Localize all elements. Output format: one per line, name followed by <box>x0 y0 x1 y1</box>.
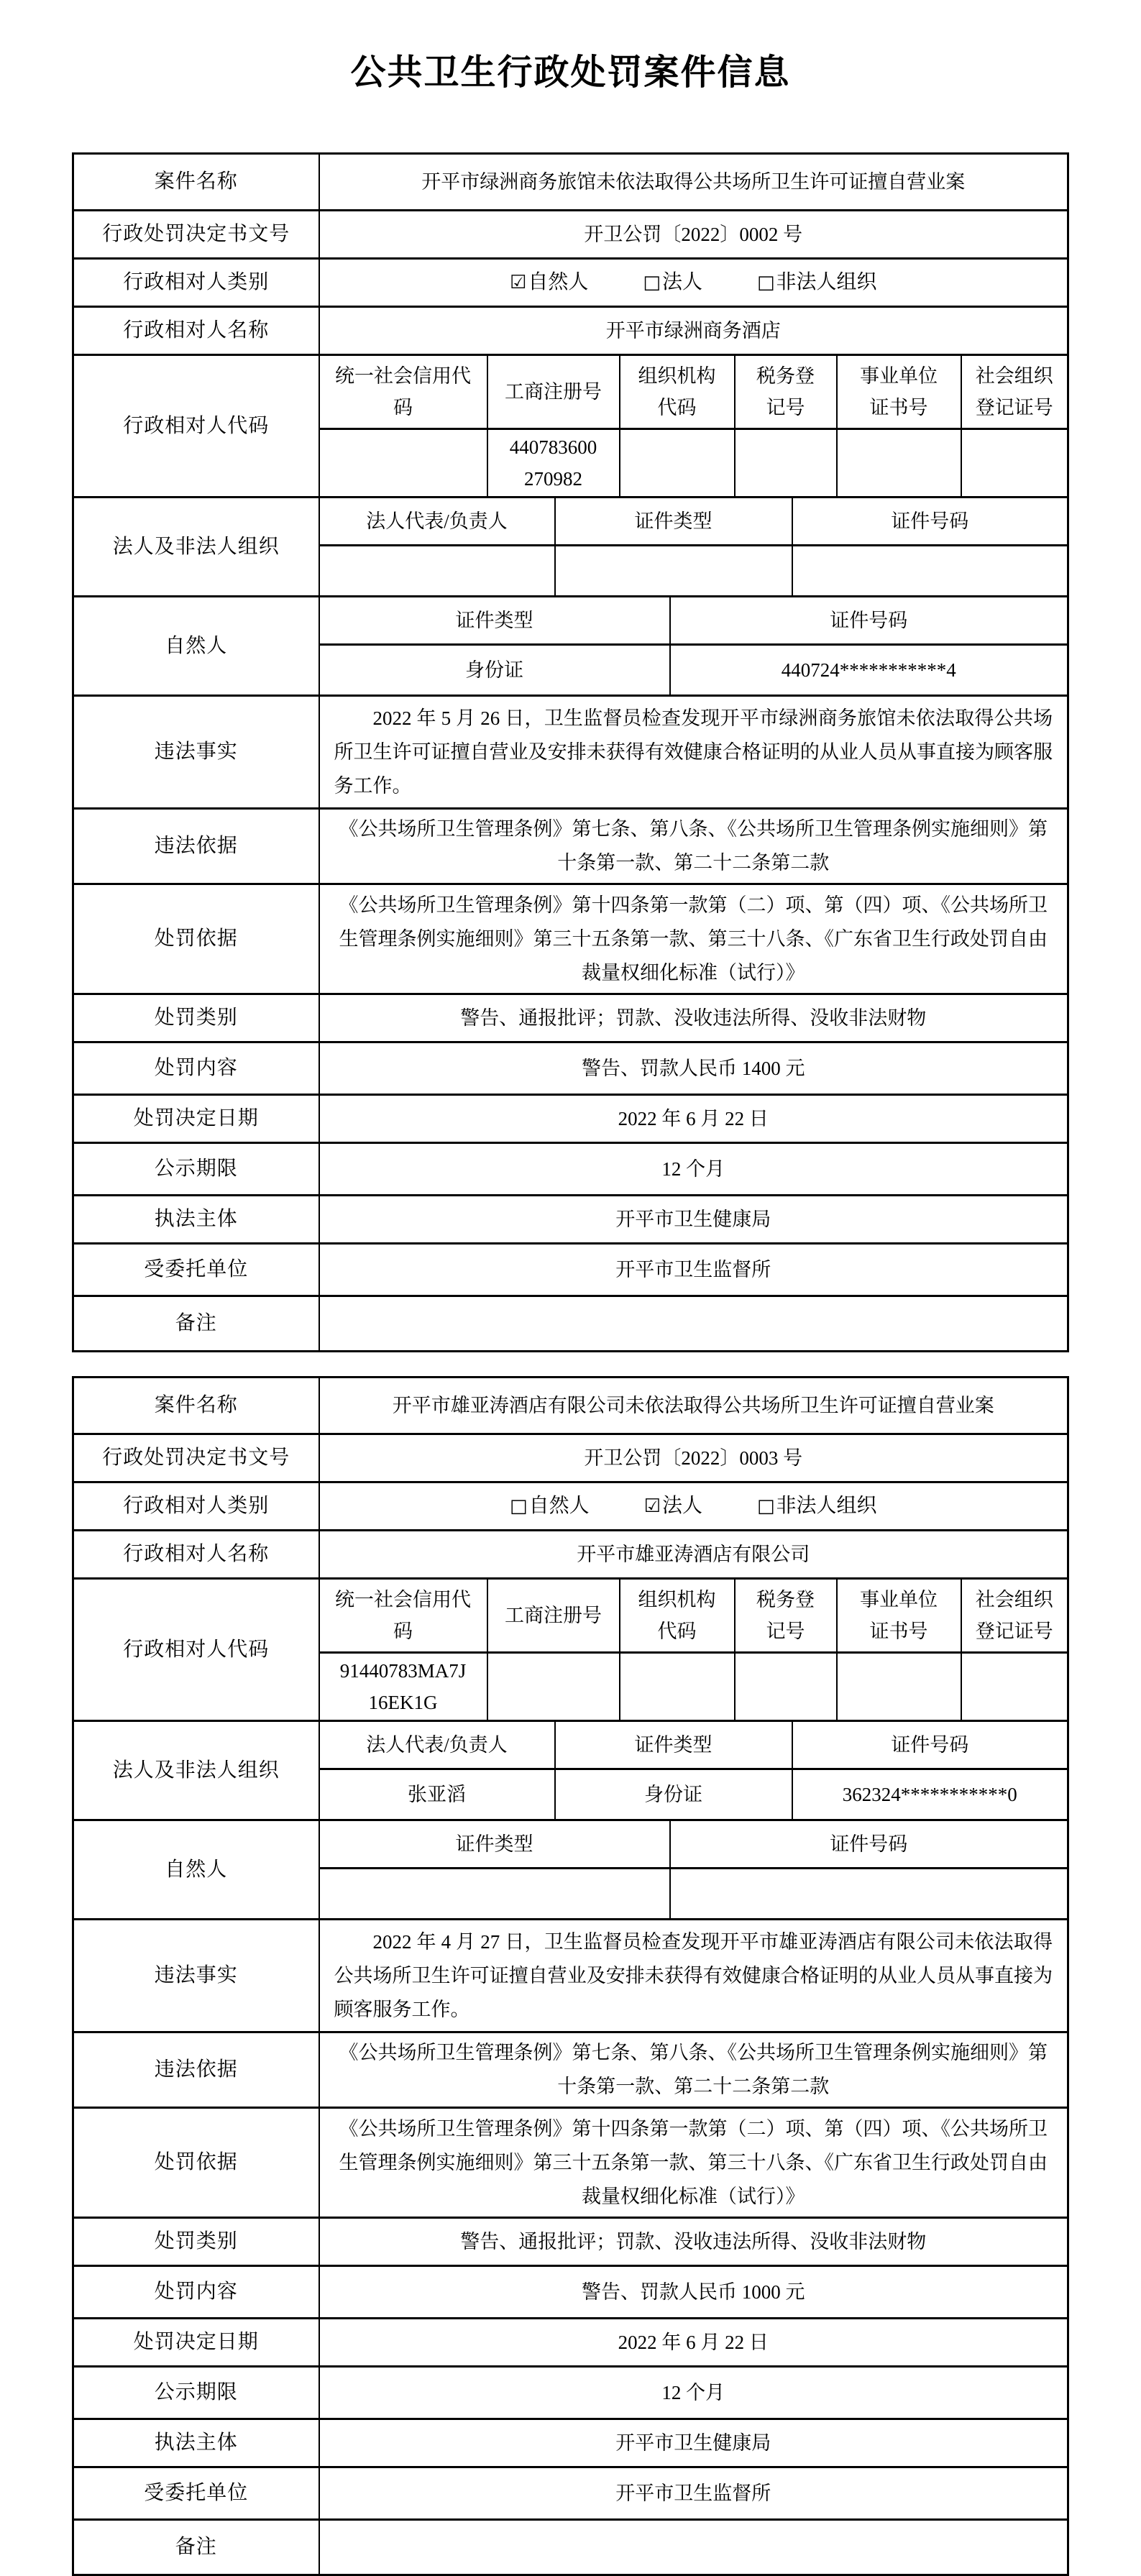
code-header-tax: 税务登 记号 <box>735 355 837 429</box>
checkbox-icon: □ <box>757 1495 775 1517</box>
checkbox-legal-person: □法人 <box>643 267 702 298</box>
legal-rep-header: 法人代表/负责人 <box>319 1721 555 1769</box>
row-label-party-code: 行政相对人代码 <box>73 1579 319 1721</box>
checkbox-label: 法人 <box>662 1495 702 1517</box>
row-label-remarks: 备注 <box>73 1296 319 1352</box>
row-label-legal-org: 法人及非法人组织 <box>73 498 319 597</box>
penalty-basis-value: 《公共场所卫生管理条例》第十四条第一款第（二）项、第（四）项、《公共场所卫生管理… <box>319 2108 1068 2218</box>
row-label-publicity-period: 公示期限 <box>73 2367 319 2419</box>
legal-cert-type-value: 身份证 <box>555 1769 792 1820</box>
party-name-value: 开平市绿洲商务酒店 <box>319 307 1068 355</box>
legal-rep-value <box>319 546 555 597</box>
checkbox-icon: □ <box>757 272 775 293</box>
cert-no-header: 证件号码 <box>670 1820 1068 1869</box>
row-label-remarks: 备注 <box>73 2520 319 2575</box>
penalty-basis-value: 《公共场所卫生管理条例》第十四条第一款第（二）项、第（四）项、《公共场所卫生管理… <box>319 884 1068 994</box>
checkbox-icon: □ <box>510 1495 528 1517</box>
checkbox-label: 法人 <box>662 271 702 293</box>
checkbox-unincorporated-org: □非法人组织 <box>757 1490 877 1522</box>
penalty-content-value: 警告、罚款人民币 1400 元 <box>319 1042 1068 1095</box>
natural-cert-no-value <box>670 1869 1068 1920</box>
violation-basis-value: 《公共场所卫生管理条例》第七条、第八条、《公共场所卫生管理条例实施细则》第十条第… <box>319 2032 1068 2108</box>
row-label-publicity-period: 公示期限 <box>73 1143 319 1196</box>
row-label-penalty-basis: 处罚依据 <box>73 2108 319 2218</box>
code-value-org <box>620 429 735 498</box>
natural-cert-no-value: 440724***********4 <box>670 645 1068 696</box>
cert-type-header: 证件类型 <box>555 1721 792 1769</box>
decision-no-value: 开卫公罚〔2022〕0003 号 <box>319 1434 1068 1482</box>
code-value-institution <box>837 1653 961 1721</box>
code-header-tax: 税务登 记号 <box>735 1579 837 1653</box>
cert-type-header: 证件类型 <box>555 498 792 546</box>
row-label-case-name: 案件名称 <box>73 154 319 211</box>
code-value-social <box>961 429 1068 498</box>
penalty-category-value: 警告、通报批评；罚款、没收违法所得、没收非法财物 <box>319 2218 1068 2266</box>
row-label-party-type: 行政相对人类别 <box>73 1482 319 1531</box>
facts-value: 2022 年 5 月 26 日，卫生监督员检查发现开平市绿洲商务旅馆未依法取得公… <box>319 696 1068 809</box>
code-header-org: 组织机构 代码 <box>620 1579 735 1653</box>
cert-no-header: 证件号码 <box>792 498 1068 546</box>
row-label-penalty-content: 处罚内容 <box>73 2266 319 2319</box>
remarks-value <box>319 1296 1068 1352</box>
party-type-value: ☑自然人 □法人 □非法人组织 <box>319 259 1068 307</box>
code-header-business: 工商注册号 <box>487 355 620 429</box>
row-label-natural-person: 自然人 <box>73 1820 319 1920</box>
checkbox-unincorporated-org: □非法人组织 <box>757 267 877 298</box>
legal-rep-value: 张亚滔 <box>319 1769 555 1820</box>
cert-type-header: 证件类型 <box>319 1820 670 1869</box>
checkbox-icon: □ <box>643 272 661 293</box>
case-table-2: 案件名称 开平市雄亚涛酒店有限公司未依法取得公共场所卫生许可证擅自营业案 行政处… <box>72 1376 1069 2576</box>
page-title: 公共卫生行政处罚案件信息 <box>0 45 1141 95</box>
cert-no-header: 证件号码 <box>670 597 1068 645</box>
code-value-business <box>487 1653 620 1721</box>
legal-rep-header: 法人代表/负责人 <box>319 498 555 546</box>
code-value-org <box>620 1653 735 1721</box>
case-name-value: 开平市雄亚涛酒店有限公司未依法取得公共场所卫生许可证擅自营业案 <box>319 1378 1068 1434</box>
code-header-social: 社会组织 登记证号 <box>961 355 1068 429</box>
code-value-credit <box>319 429 487 498</box>
checkbox-label: 非法人组织 <box>776 271 877 293</box>
checkbox-label: 自然人 <box>528 271 588 293</box>
row-label-violation-basis: 违法依据 <box>73 2032 319 2108</box>
code-header-institution: 事业单位 证书号 <box>837 355 961 429</box>
row-label-facts: 违法事实 <box>73 696 319 809</box>
penalty-content-value: 警告、罚款人民币 1000 元 <box>319 2266 1068 2319</box>
checkbox-natural-person: □自然人 <box>510 1490 590 1522</box>
legal-cert-type-value <box>555 546 792 597</box>
code-header-org: 组织机构 代码 <box>620 355 735 429</box>
violation-basis-value: 《公共场所卫生管理条例》第七条、第八条、《公共场所卫生管理条例实施细则》第十条第… <box>319 809 1068 884</box>
decision-date-value: 2022 年 6 月 22 日 <box>319 2319 1068 2367</box>
row-label-decision-no: 行政处罚决定书文号 <box>73 211 319 259</box>
party-type-options: □自然人 ☑法人 □非法人组织 <box>326 1490 1062 1522</box>
legal-cert-no-value: 362324***********0 <box>792 1769 1068 1820</box>
code-header-business: 工商注册号 <box>487 1579 620 1653</box>
party-type-options: ☑自然人 □法人 □非法人组织 <box>326 267 1062 298</box>
row-label-decision-date: 处罚决定日期 <box>73 2319 319 2367</box>
cert-type-header: 证件类型 <box>319 597 670 645</box>
code-value-institution <box>837 429 961 498</box>
row-label-legal-org: 法人及非法人组织 <box>73 1721 319 1820</box>
row-label-penalty-basis: 处罚依据 <box>73 884 319 994</box>
row-label-case-name: 案件名称 <box>73 1378 319 1434</box>
enforcement-body-value: 开平市卫生健康局 <box>319 2419 1068 2467</box>
publicity-period-value: 12 个月 <box>319 1143 1068 1196</box>
row-label-party-name: 行政相对人名称 <box>73 307 319 355</box>
code-value-credit: 91440783MA7J 16EK1G <box>319 1653 487 1721</box>
code-value-tax <box>735 1653 837 1721</box>
case-table-1: 案件名称 开平市绿洲商务旅馆未依法取得公共场所卫生许可证擅自营业案 行政处罚决定… <box>72 152 1069 1352</box>
row-label-party-type: 行政相对人类别 <box>73 259 319 307</box>
party-type-value: □自然人 ☑法人 □非法人组织 <box>319 1482 1068 1531</box>
remarks-value <box>319 2520 1068 2575</box>
party-name-value: 开平市雄亚涛酒店有限公司 <box>319 1531 1068 1579</box>
row-label-party-code: 行政相对人代码 <box>73 355 319 498</box>
checkbox-icon: ☑ <box>510 272 526 293</box>
penalty-category-value: 警告、通报批评；罚款、没收违法所得、没收非法财物 <box>319 994 1068 1042</box>
row-label-enforcement-body: 执法主体 <box>73 1196 319 1244</box>
facts-value: 2022 年 4 月 27 日，卫生监督员检查发现开平市雄亚涛酒店有限公司未依法… <box>319 1920 1068 2032</box>
row-label-natural-person: 自然人 <box>73 597 319 696</box>
checkbox-label: 自然人 <box>529 1495 590 1517</box>
row-label-party-name: 行政相对人名称 <box>73 1531 319 1579</box>
facts-paragraph: 2022 年 5 月 26 日，卫生监督员检查发现开平市绿洲商务旅馆未依法取得公… <box>334 702 1053 803</box>
row-label-decision-no: 行政处罚决定书文号 <box>73 1434 319 1482</box>
row-label-facts: 违法事实 <box>73 1920 319 2032</box>
row-label-entrusted-unit: 受委托单位 <box>73 2467 319 2520</box>
code-header-credit: 统一社会信用代 码 <box>319 1579 487 1653</box>
checkbox-icon: ☑ <box>644 1495 661 1517</box>
publicity-period-value: 12 个月 <box>319 2367 1068 2419</box>
enforcement-body-value: 开平市卫生健康局 <box>319 1196 1068 1244</box>
cert-no-header: 证件号码 <box>792 1721 1068 1769</box>
checkbox-natural-person: ☑自然人 <box>510 267 588 298</box>
row-label-violation-basis: 违法依据 <box>73 809 319 884</box>
row-label-penalty-category: 处罚类别 <box>73 2218 319 2266</box>
row-label-enforcement-body: 执法主体 <box>73 2419 319 2467</box>
code-header-social: 社会组织 登记证号 <box>961 1579 1068 1653</box>
decision-date-value: 2022 年 6 月 22 日 <box>319 1095 1068 1143</box>
code-header-credit: 统一社会信用代 码 <box>319 355 487 429</box>
natural-cert-type-value: 身份证 <box>319 645 670 696</box>
entrusted-unit-value: 开平市卫生监督所 <box>319 1244 1068 1296</box>
row-label-penalty-category: 处罚类别 <box>73 994 319 1042</box>
checkbox-legal-person: ☑法人 <box>644 1490 702 1522</box>
code-header-institution: 事业单位 证书号 <box>837 1579 961 1653</box>
code-value-social <box>961 1653 1068 1721</box>
row-label-decision-date: 处罚决定日期 <box>73 1095 319 1143</box>
code-value-tax <box>735 429 837 498</box>
legal-cert-no-value <box>792 546 1068 597</box>
row-label-penalty-content: 处罚内容 <box>73 1042 319 1095</box>
code-value-business: 440783600 270982 <box>487 429 620 498</box>
row-label-entrusted-unit: 受委托单位 <box>73 1244 319 1296</box>
natural-cert-type-value <box>319 1869 670 1920</box>
case-name-value: 开平市绿洲商务旅馆未依法取得公共场所卫生许可证擅自营业案 <box>319 154 1068 211</box>
facts-paragraph: 2022 年 4 月 27 日，卫生监督员检查发现开平市雄亚涛酒店有限公司未依法… <box>334 1925 1053 2027</box>
decision-no-value: 开卫公罚〔2022〕0002 号 <box>319 211 1068 259</box>
checkbox-label: 非法人组织 <box>776 1495 877 1517</box>
entrusted-unit-value: 开平市卫生监督所 <box>319 2467 1068 2520</box>
